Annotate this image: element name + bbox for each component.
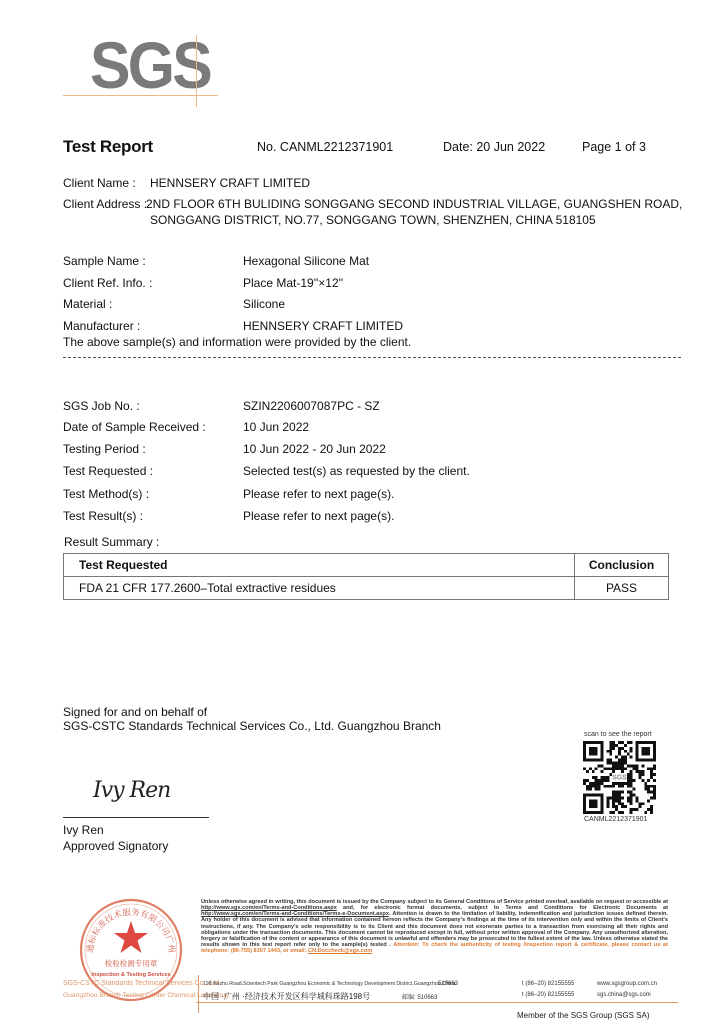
job-no-value: SZIN2206007087PC - SZ: [243, 399, 380, 413]
conclusion-cell: PASS: [575, 577, 669, 600]
client-name-label: Client Name :: [63, 176, 136, 190]
phone-1: t (86–20) 82155555: [522, 981, 574, 987]
manufacturer-label: Manufacturer :: [63, 319, 140, 333]
table-header-row: Test Requested Conclusion: [64, 554, 669, 577]
test-cell: FDA 21 CFR 177.2600–Total extractive res…: [64, 577, 575, 600]
client-name: HENNSERY CRAFT LIMITED: [150, 176, 310, 190]
address-cn: 中国 ·广州 ·经济技术开发区科学城科珠路198号: [203, 991, 370, 1002]
test-requested-label: Test Requested :: [63, 464, 153, 478]
material-value: Silicone: [243, 297, 285, 311]
client-address-line2: SONGGANG DISTRICT, NO.77, SONGGANG TOWN,…: [150, 213, 596, 227]
logo-accent-hline: [63, 95, 218, 96]
logo-accent-vline: [196, 35, 197, 107]
material-label: Material :: [63, 297, 112, 311]
stamp-center-en: Inspection & Testing Services: [91, 972, 170, 978]
dashed-separator: [63, 357, 681, 358]
postcode-cn: 邮编: 510663: [402, 992, 437, 1001]
sample-name-value: Hexagonal Silicone Mat: [243, 254, 369, 268]
result-summary-label: Result Summary :: [64, 535, 159, 549]
signatory-title: Approved Signatory: [63, 839, 168, 853]
doccheck-email-link[interactable]: CN.Doccheck@sgs.com: [308, 948, 372, 954]
signatory-name: Ivy Ren: [63, 823, 104, 837]
qr-report-id: CANML2212371901: [584, 816, 647, 823]
website[interactable]: www.sgsgroup.com.cn: [597, 981, 657, 987]
client-address-line1: 2ND FLOOR 6TH BULIDING SONGGANG SECOND I…: [146, 197, 682, 211]
test-requested-value: Selected test(s) as requested by the cli…: [243, 464, 470, 478]
result-summary-table: Test Requested Conclusion FDA 21 CFR 177…: [63, 553, 669, 600]
footer-accent-hline: [196, 1002, 678, 1003]
terms-link[interactable]: http://www.sgs.com/en/Terms-and-Conditio…: [201, 905, 337, 911]
stamp-center-cn: 检验检测专用章: [105, 958, 158, 968]
testing-period-value: 10 Jun 2022 - 20 Jun 2022: [243, 442, 386, 456]
test-results-label: Test Result(s) :: [63, 509, 143, 523]
manufacturer-value: HENNSERY CRAFT LIMITED: [243, 319, 403, 333]
postcode-en: 510663: [438, 981, 458, 987]
signature-line: [63, 817, 209, 818]
job-no-label: SGS Job No. :: [63, 399, 140, 413]
date-received-label: Date of Sample Received :: [63, 420, 206, 434]
footer-accent-vline: [198, 975, 199, 1013]
page-indicator: Page 1 of 3: [582, 140, 646, 154]
testing-period-label: Testing Period :: [63, 442, 146, 456]
client-ref-label: Client Ref. Info. :: [63, 276, 152, 290]
test-methods-value: Please refer to next page(s).: [243, 487, 394, 501]
disclaimer-text-1: Unless otherwise agreed in writing, this…: [201, 899, 668, 905]
client-address-label: Client Address :: [63, 197, 147, 211]
report-date: Date: 20 Jun 2022: [443, 140, 545, 154]
report-title: Test Report: [63, 137, 153, 157]
signing-company: SGS-CSTC Standards Technical Services Co…: [63, 719, 441, 733]
test-methods-label: Test Method(s) :: [63, 487, 149, 501]
report-number: No. CANML2212371901: [257, 140, 393, 154]
qr-code-icon[interactable]: SGS: [583, 741, 656, 814]
signed-for-text: Signed for and on behalf of: [63, 705, 207, 719]
e-document-terms-link[interactable]: http://www.sgs.com/en/Terms-and-Conditio…: [201, 911, 389, 917]
handwritten-signature: Ivy Ren: [93, 778, 170, 803]
sgs-logo: SGS: [90, 32, 210, 98]
address-en: 198 Kezhu Road,Scientech Park Guangzhou …: [203, 981, 456, 987]
sample-name-label: Sample Name :: [63, 254, 146, 268]
qr-caption: scan to see the report: [584, 731, 652, 738]
contact-email[interactable]: sgs.china@sgs.com: [597, 992, 651, 998]
svg-text:SGS: SGS: [612, 775, 627, 782]
disclaimer-text-2: and, for electronic format documents, su…: [337, 905, 668, 911]
table-row: FDA 21 CFR 177.2600–Total extractive res…: [64, 577, 669, 600]
column-header-conclusion: Conclusion: [575, 554, 669, 577]
date-received-value: 10 Jun 2022: [243, 420, 309, 434]
phone-2: t (86–20) 82155555: [522, 992, 574, 998]
inspection-stamp-icon: 通标标准技术服务有限公司广州分公司 检验检测专用章 Inspection & T…: [78, 897, 184, 1003]
sample-note: The above sample(s) and information were…: [63, 335, 411, 349]
test-results-value: Please refer to next page(s).: [243, 509, 394, 523]
client-ref-value: Place Mat-19''×12'': [243, 276, 343, 290]
column-header-test: Test Requested: [64, 554, 575, 577]
legal-disclaimer: Unless otherwise agreed in writing, this…: [201, 899, 668, 954]
sgs-member-text: Member of the SGS Group (SGS SA): [517, 1011, 650, 1020]
